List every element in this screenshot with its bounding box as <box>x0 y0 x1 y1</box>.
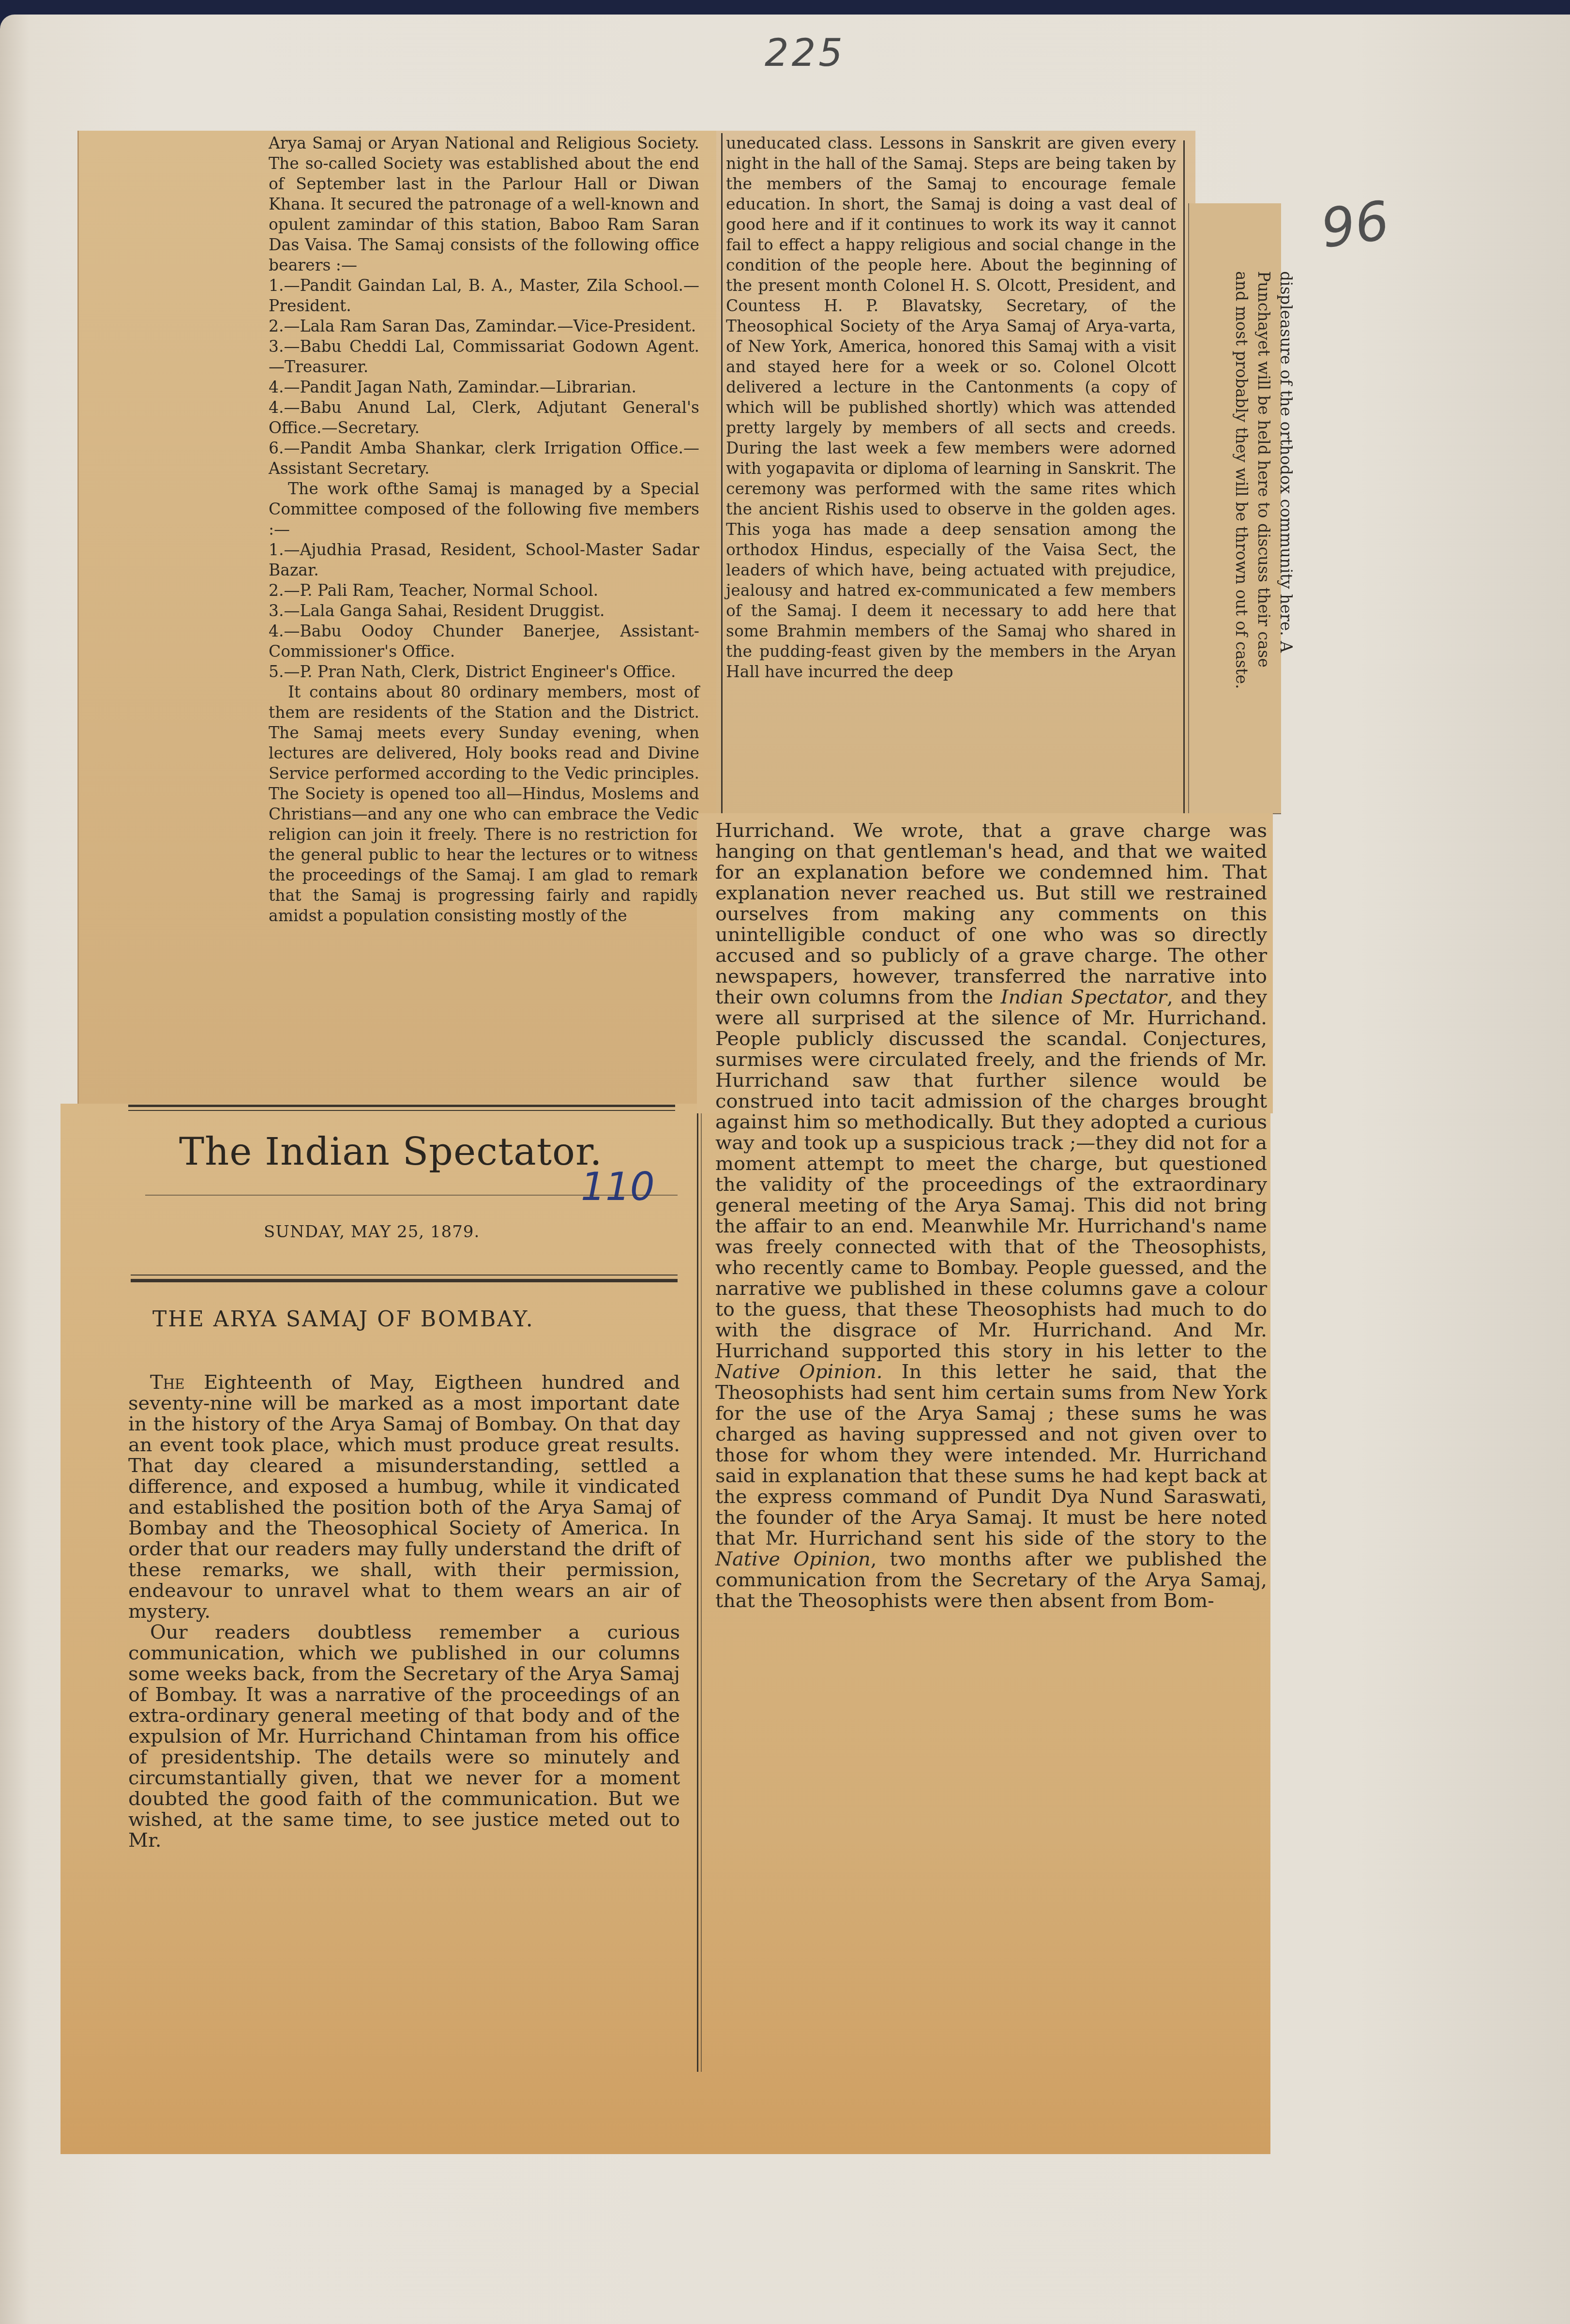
article-title: THE ARYA SAMAJ OF BOMBAY. <box>152 1307 534 1332</box>
top-column-divider <box>721 133 723 816</box>
page-number: 225 <box>765 31 845 75</box>
article-column-divider <box>697 1113 698 2072</box>
office-bearer-3: 3.—Babu Cheddi Lal, Commissariat Godown … <box>269 336 699 377</box>
masthead-top-rule <box>128 1105 675 1107</box>
office-bearer-1: 1.—Pandit Gaindan Lal, B. A., Master, Zi… <box>269 275 699 316</box>
article-right-column: Hurrichand. We wrote, that a grave charg… <box>715 820 1267 1611</box>
committee-intro: The work ofthe Samaj is managed by a Spe… <box>269 479 699 540</box>
vertical-line-2: Punchayet will be held here to discuss t… <box>1253 271 1275 804</box>
dateline-rule-thin <box>131 1275 678 1276</box>
office-bearer-2: 2.—Lala Ram Saran Das, Zamindar.—Vice-Pr… <box>269 316 699 336</box>
article-column-divider-2 <box>701 1113 702 2072</box>
publication-name-native-opinion: Native Opinion. <box>715 1361 882 1383</box>
committee-member-5: 5.—P. Pran Nath, Clerk, District Enginee… <box>269 662 699 682</box>
committee-member-4: 4.—Babu Oodoy Chunder Banerjee, Assistan… <box>269 621 699 662</box>
masthead-top-rule-thin <box>128 1110 675 1111</box>
masthead-bottom-rule <box>145 1195 678 1196</box>
committee-member-2: 2.—P. Pali Ram, Teacher, Normal School. <box>269 580 699 601</box>
article-left-column: The Eighteenth of May, Eigtheen hundred … <box>128 1372 680 1851</box>
committee-member-1: 1.—Ajudhia Prasad, Resident, School-Mast… <box>269 540 699 580</box>
dateline-rule-thick <box>131 1279 678 1282</box>
vertical-line-3: and most probably they will be thrown ou… <box>1230 271 1253 804</box>
article-paragraph-2: Our readers doubtless remember a curious… <box>128 1622 680 1851</box>
publication-name-indian-spectator: Indian Spectator <box>1001 986 1167 1008</box>
handwritten-article-number: 110 <box>581 1164 655 1209</box>
clipping-number: 96 <box>1317 189 1393 260</box>
intro-paragraph: Arya Samaj or Aryan National and Religio… <box>269 133 699 275</box>
article-right-paragraph: Hurrichand. We wrote, that a grave charg… <box>715 820 1267 1611</box>
office-bearer-4: 4.—Pandit Jagan Nath, Zamindar.—Libraria… <box>269 377 699 397</box>
office-bearer-5: 4.—Babu Anund Lal, Clerk, Adjutant Gener… <box>269 397 699 438</box>
right-column-text: uneducated class. Lessons in Sanskrit ar… <box>726 133 1176 682</box>
publication-name-native-opinion-2: Native Opinion <box>715 1548 871 1570</box>
lead-word: The <box>150 1371 185 1394</box>
vertical-continuation-text: displeasure of the orthodox community he… <box>1205 271 1297 804</box>
article-paragraph-1: The Eighteenth of May, Eigtheen hundred … <box>128 1372 680 1622</box>
committee-member-3: 3.—Lala Ganga Sahai, Resident Druggist. <box>269 601 699 621</box>
office-bearer-6: 6.—Pandit Amba Shankar, clerk Irrigation… <box>269 438 699 479</box>
closing-paragraph: It contains about 80 ordinary members, m… <box>269 682 699 926</box>
vertical-line-1: displeasure of the orthodox community he… <box>1275 271 1297 804</box>
top-left-column: Arya Samaj or Aryan National and Religio… <box>269 133 699 926</box>
newspaper-masthead: The Indian Spectator. <box>179 1130 603 1174</box>
right-column-border <box>1183 140 1185 813</box>
dateline: SUNDAY, MAY 25, 1879. <box>264 1222 480 1242</box>
top-right-column: uneducated class. Lessons in Sanskrit ar… <box>726 133 1176 682</box>
